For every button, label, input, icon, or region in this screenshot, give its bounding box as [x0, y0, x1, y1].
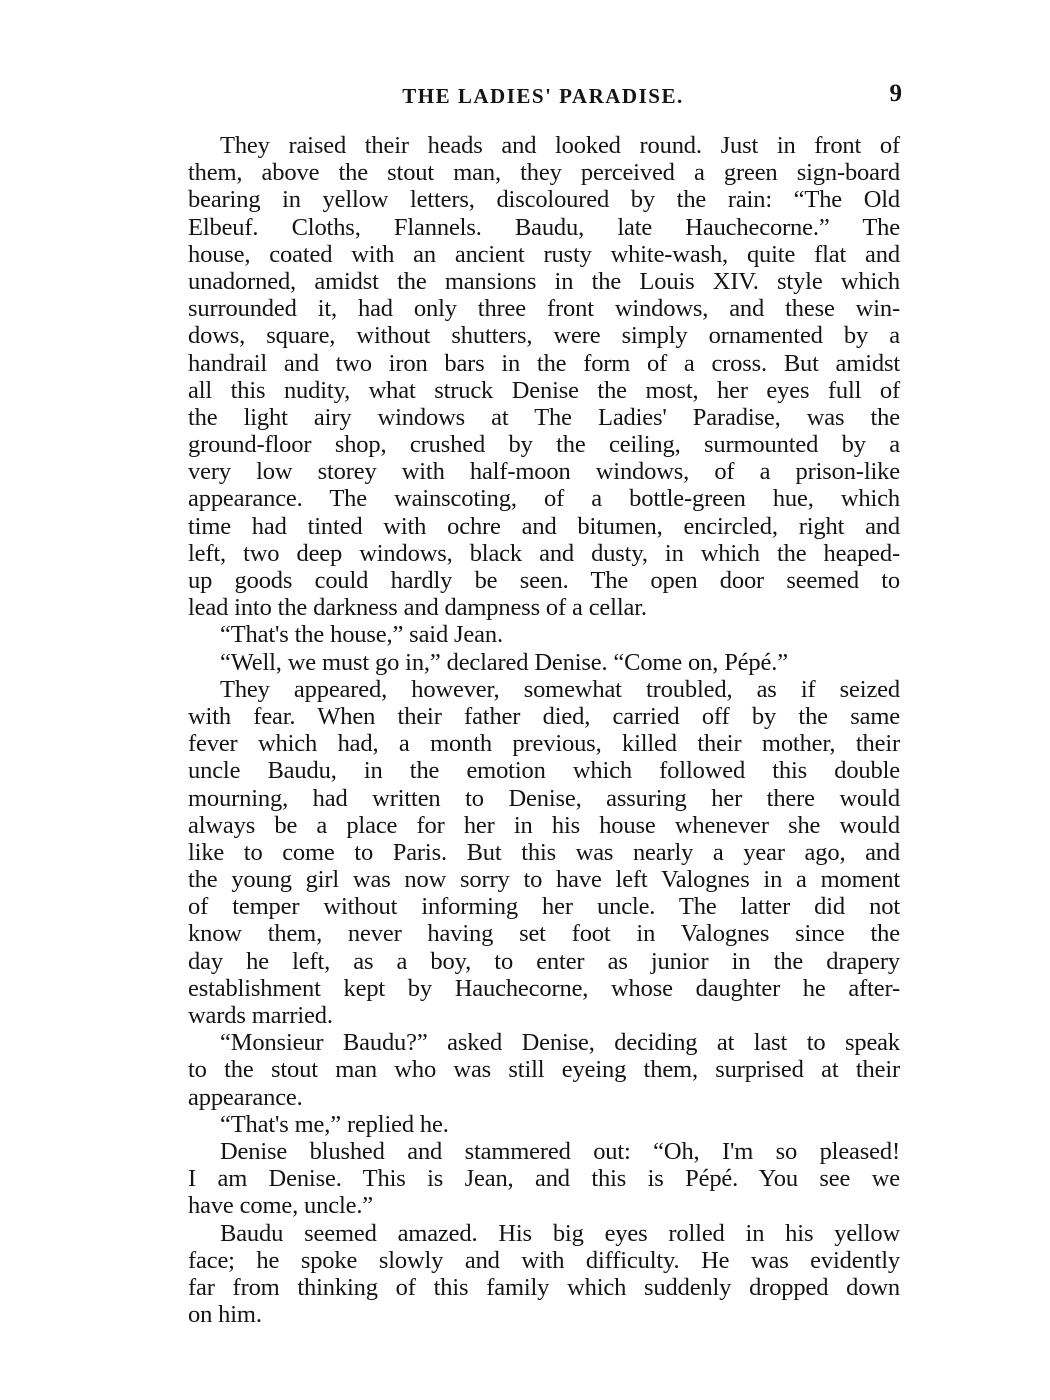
text-line: have come, uncle.”	[188, 1192, 900, 1219]
paragraph: Denise blushed and stammered out: “Oh, I…	[188, 1138, 900, 1220]
text-line: know them, never having set foot in Valo…	[188, 920, 900, 947]
running-title: The Ladies' Paradise.	[188, 84, 898, 109]
text-line: of temper without informing her uncle. T…	[188, 893, 900, 920]
text-line: Elbeuf. Cloths, Flannels. Baudu, late Ha…	[188, 214, 900, 241]
text-line: bearing in yellow letters, discoloured b…	[188, 186, 900, 213]
text-line: all this nudity, what struck Denise the …	[188, 377, 900, 404]
text-line: to the stout man who was still eyeing th…	[188, 1056, 900, 1083]
text-line: I am Denise. This is Jean, and this is P…	[188, 1165, 900, 1192]
text-line: the young girl was now sorry to have lef…	[188, 866, 900, 893]
text-line: appearance. The wainscoting, of a bottle…	[188, 485, 900, 512]
text-line: very low storey with half-moon windows, …	[188, 458, 900, 485]
text-line: like to come to Paris. But this was near…	[188, 839, 900, 866]
text-line: with fear. When their father died, carri…	[188, 703, 900, 730]
text-line: dows, square, without shutters, were sim…	[188, 322, 900, 349]
text-line: “Monsieur Baudu?” asked Denise, deciding…	[188, 1029, 900, 1056]
body-text: They raised their heads and looked round…	[188, 132, 900, 1328]
text-line: house, coated with an ancient rusty whit…	[188, 241, 900, 268]
paragraph: Baudu seemed amazed. His big eyes rolled…	[188, 1220, 900, 1329]
text-line: Baudu seemed amazed. His big eyes rolled…	[188, 1220, 900, 1247]
text-line: “That's the house,” said Jean.	[188, 621, 900, 648]
text-line: on him.	[188, 1301, 900, 1328]
text-line: up goods could hardly be seen. The open …	[188, 567, 900, 594]
text-line: handrail and two iron bars in the form o…	[188, 350, 900, 377]
text-line: surrounded it, had only three front wind…	[188, 295, 900, 322]
text-line: They appeared, however, somewhat trouble…	[188, 676, 900, 703]
text-line: unadorned, amidst the mansions in the Lo…	[188, 268, 900, 295]
running-head: The Ladies' Paradise. 9	[188, 80, 898, 110]
paragraph: “That's the house,” said Jean.	[188, 621, 900, 648]
paragraph: “That's me,” replied he.	[188, 1111, 900, 1138]
text-line: fever which had, a month previous, kille…	[188, 730, 900, 757]
paragraph: “Well, we must go in,” declared Denise. …	[188, 649, 900, 676]
text-line: “That's me,” replied he.	[188, 1111, 900, 1138]
paragraph: “Monsieur Baudu?” asked Denise, deciding…	[188, 1029, 900, 1111]
text-line: mourning, had written to Denise, assurin…	[188, 785, 900, 812]
text-line: left, two deep windows, black and dusty,…	[188, 540, 900, 567]
text-line: establishment kept by Hauchecorne, whose…	[188, 975, 900, 1002]
text-line: time had tinted with ochre and bitumen, …	[188, 513, 900, 540]
text-line: always be a place for her in his house w…	[188, 812, 900, 839]
page-number: 9	[890, 80, 903, 108]
text-line: far from thinking of this family which s…	[188, 1274, 900, 1301]
text-line: appearance.	[188, 1084, 900, 1111]
text-line: uncle Baudu, in the emotion which follow…	[188, 757, 900, 784]
paragraph: They appeared, however, somewhat trouble…	[188, 676, 900, 1029]
text-line: Denise blushed and stammered out: “Oh, I…	[188, 1138, 900, 1165]
text-line: lead into the darkness and dampness of a…	[188, 594, 900, 621]
paragraph: They raised their heads and looked round…	[188, 132, 900, 621]
text-line: ground-floor shop, crushed by the ceilin…	[188, 431, 900, 458]
text-line: them, above the stout man, they perceive…	[188, 159, 900, 186]
text-line: face; he spoke slowly and with difficult…	[188, 1247, 900, 1274]
text-line: wards married.	[188, 1002, 900, 1029]
book-page: The Ladies' Paradise. 9 They raised thei…	[0, 0, 1050, 1400]
text-line: the light airy windows at The Ladies' Pa…	[188, 404, 900, 431]
text-line: day he left, as a boy, to enter as junio…	[188, 948, 900, 975]
text-line: They raised their heads and looked round…	[188, 132, 900, 159]
text-line: “Well, we must go in,” declared Denise. …	[188, 649, 900, 676]
